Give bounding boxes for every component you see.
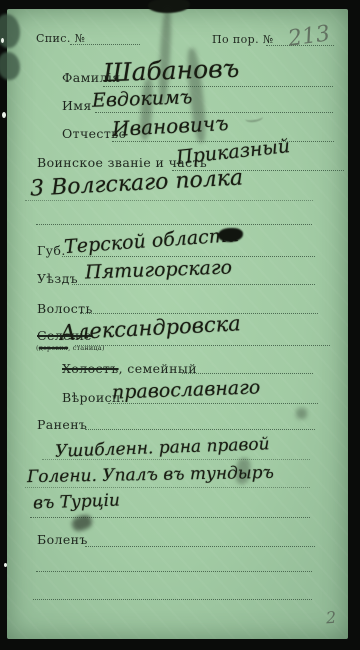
wounded-label: Раненъ — [37, 417, 87, 432]
stamp-remnant — [0, 52, 20, 80]
scan-speck — [1, 38, 4, 43]
scanned-document: Спис. № По пор. № 213 Фамилія Шабановъ И… — [0, 0, 360, 650]
name-value: Евдокимъ — [92, 86, 193, 111]
name-label: Имя — [62, 98, 92, 113]
page-number: 2 — [325, 608, 336, 628]
wounded-text-3: въ Турціи — [33, 490, 121, 513]
wounded-line — [85, 429, 315, 430]
blank-line — [33, 599, 312, 600]
sick-line — [85, 546, 315, 547]
scan-speck — [2, 112, 6, 118]
selenie-sub-struck: деревня — [39, 344, 68, 352]
wounded-rule-1 — [42, 459, 310, 460]
marital-line — [182, 373, 313, 374]
blank-line — [36, 571, 312, 572]
marital-struck: Холостъ — [62, 361, 119, 376]
unit-line — [25, 200, 313, 201]
wounded-rule-3 — [30, 517, 310, 518]
marital-label: Холостъ, семейный — [62, 361, 197, 376]
ink-smudge — [296, 408, 307, 419]
blank-line — [36, 224, 312, 225]
scan-speck — [4, 563, 7, 567]
surname-value: Шабановъ — [103, 54, 240, 88]
sick-label: Боленъ — [37, 532, 88, 547]
list-number-line — [70, 44, 140, 45]
selenie-line — [75, 345, 330, 346]
uezd-line — [72, 284, 315, 285]
wounded-rule-2 — [25, 487, 310, 488]
gubernia-line — [62, 256, 315, 257]
order-number-label: По пор. № — [212, 33, 274, 46]
religion-line — [108, 403, 318, 404]
